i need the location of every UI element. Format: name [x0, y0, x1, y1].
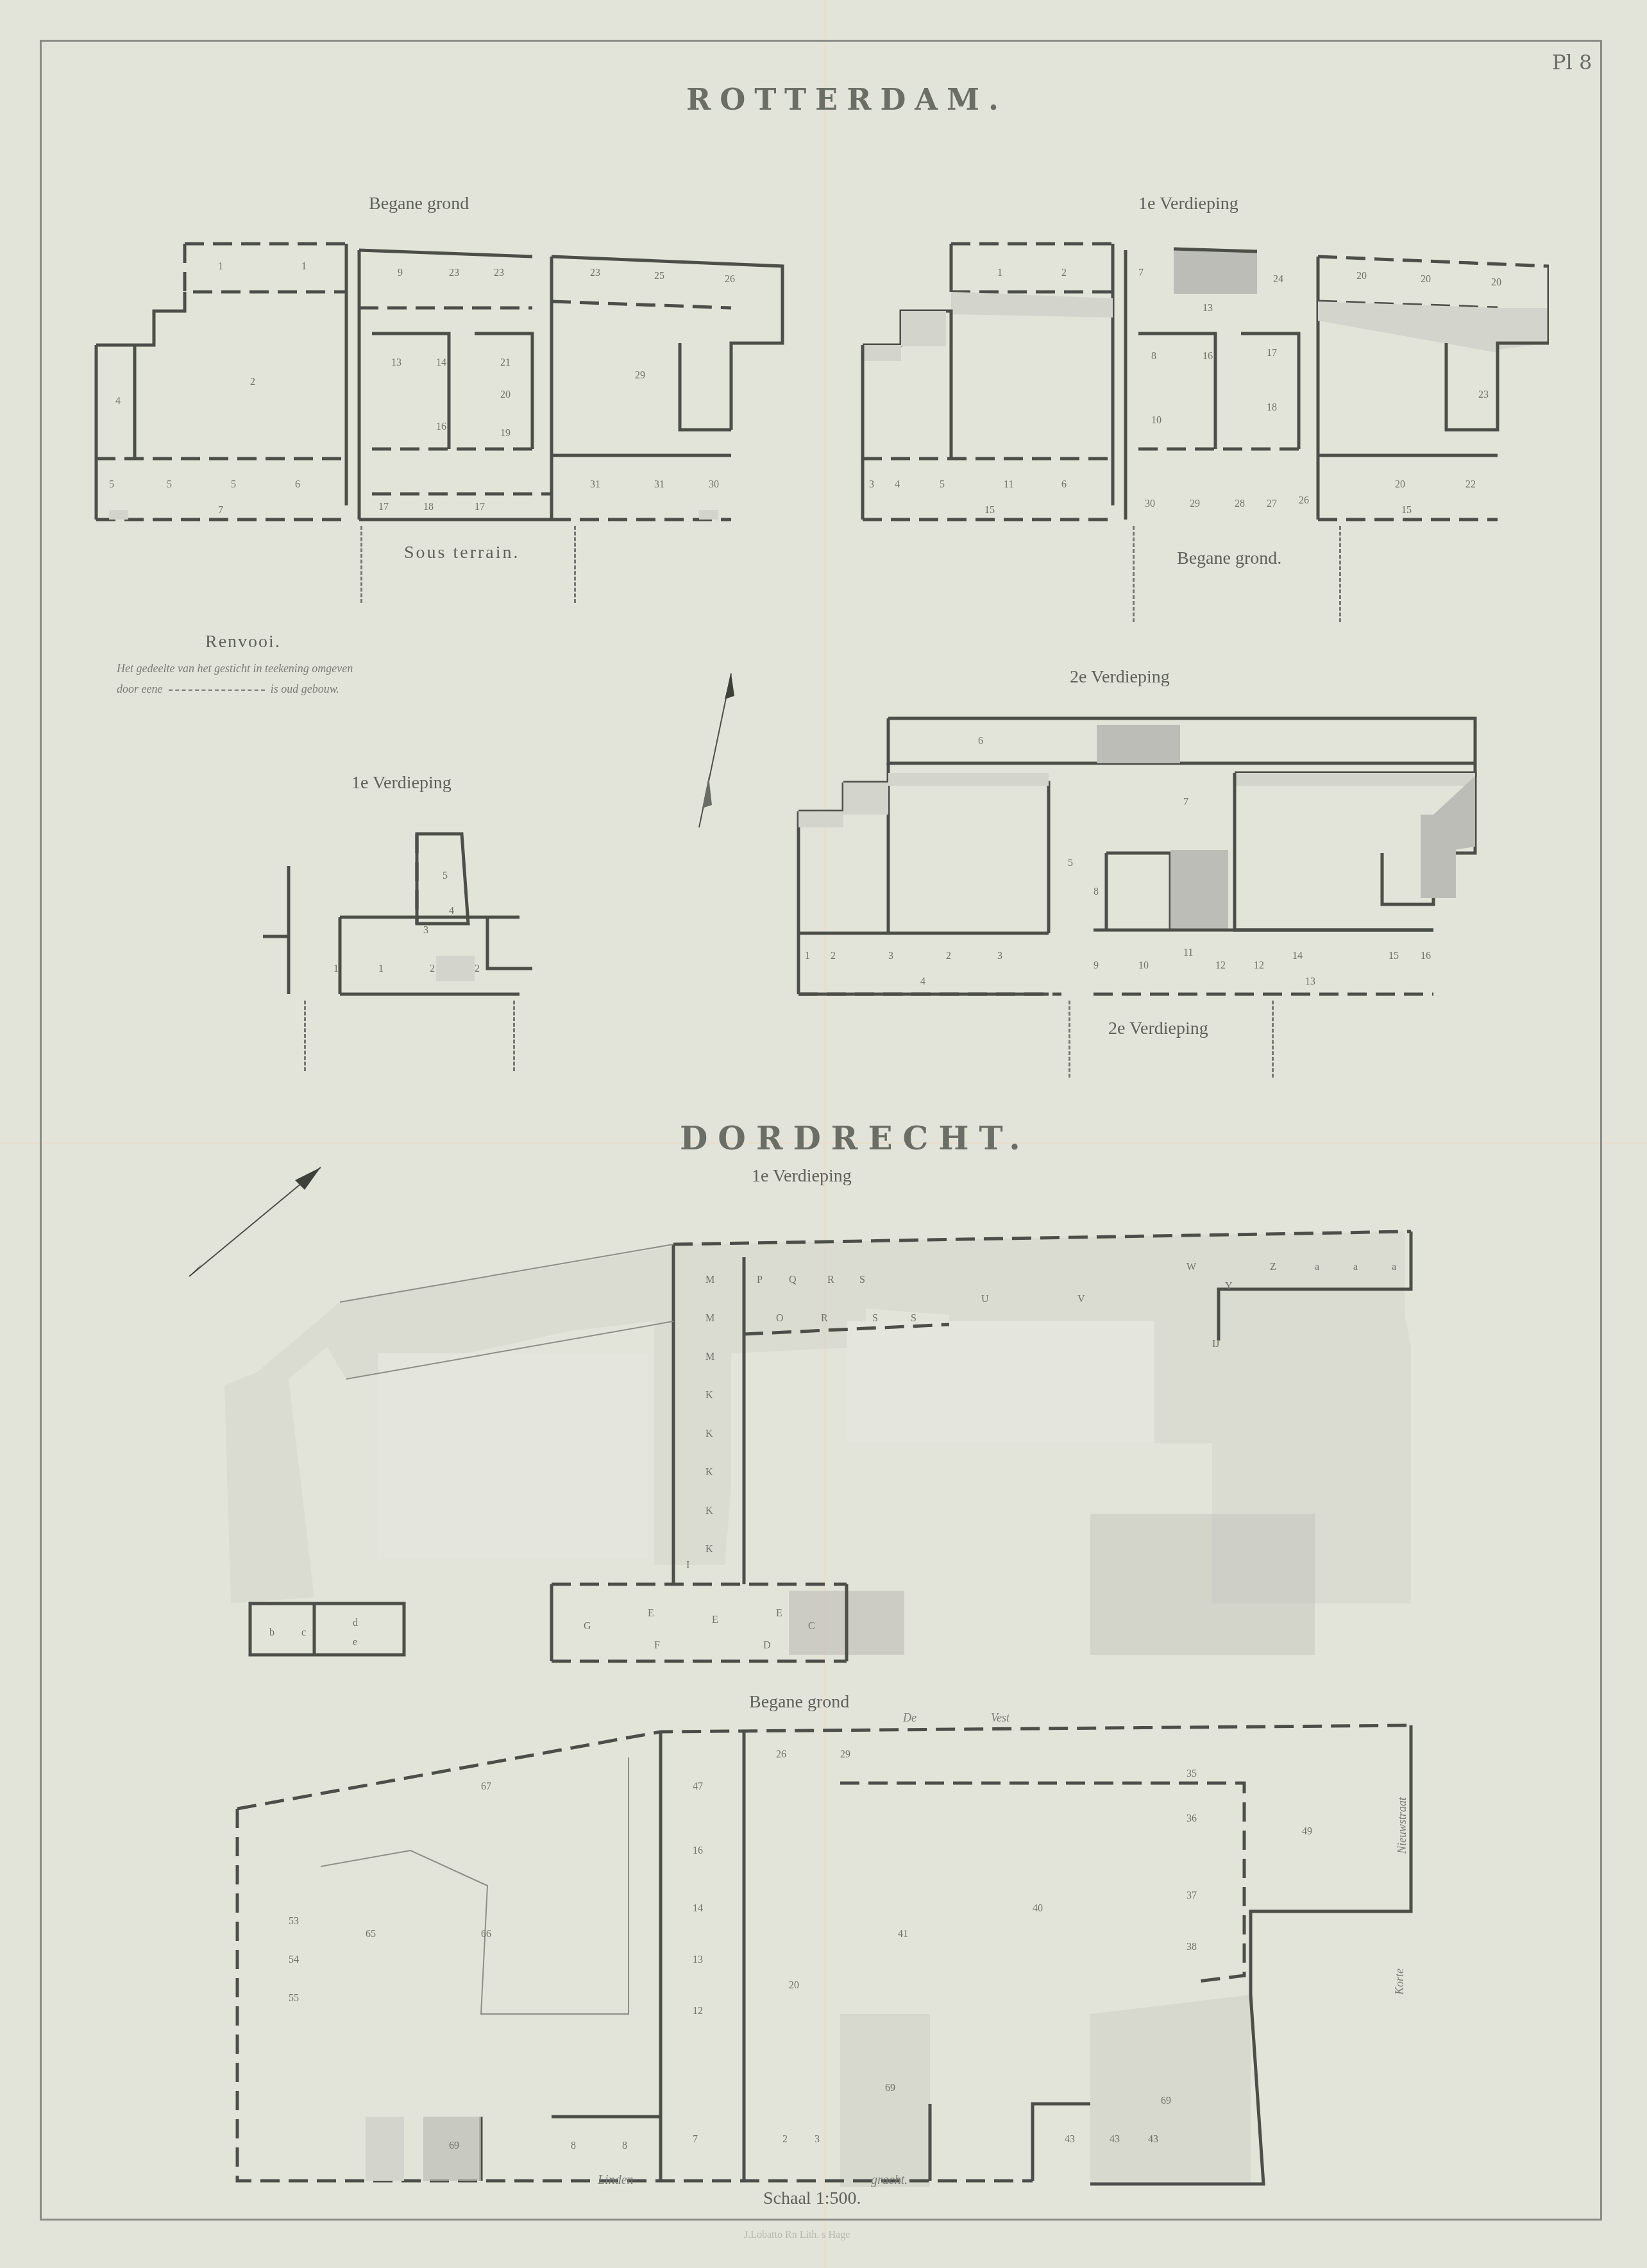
svg-text:6: 6 [978, 736, 983, 747]
svg-text:K: K [705, 1544, 713, 1555]
svg-text:40: 40 [1033, 1903, 1043, 1914]
svg-text:16: 16 [1203, 351, 1213, 362]
svg-text:a: a [1392, 1262, 1396, 1273]
street-label-gracht: gracht. [871, 2173, 908, 2188]
svg-text:2: 2 [430, 963, 435, 974]
legend-line-2-prefix: door eene [117, 682, 162, 695]
svg-text:5: 5 [109, 479, 114, 490]
svg-text:14: 14 [1292, 951, 1303, 961]
svg-text:b: b [269, 1627, 274, 1638]
svg-text:14: 14 [693, 1903, 703, 1914]
svg-text:S: S [859, 1274, 865, 1285]
dordrecht-ground-label: Begane grond [749, 1692, 849, 1713]
svg-text:41: 41 [898, 1929, 908, 1940]
rotterdam-second-floor-plan: 12323 4567 891011 121213 141516 [792, 712, 1478, 1001]
svg-text:10: 10 [1138, 960, 1149, 971]
legend-line-1: Het gedeelte van het gesticht in teekeni… [117, 662, 353, 675]
street-label-linden: Linden [598, 2173, 634, 2188]
svg-text:20: 20 [1421, 274, 1431, 285]
svg-text:Y: Y [1225, 1281, 1233, 1292]
svg-text:30: 30 [1145, 498, 1155, 509]
svg-text:12: 12 [1254, 960, 1264, 971]
rotterdam-begane-grond-below-label: Begane grond. [1177, 548, 1281, 569]
svg-text:54: 54 [289, 1954, 299, 1965]
svg-text:69: 69 [1161, 2095, 1171, 2106]
svg-text:1: 1 [301, 261, 307, 272]
north-arrow-icon [689, 667, 741, 834]
scale-label: Schaal 1:500. [763, 2188, 861, 2209]
svg-text:R: R [827, 1274, 834, 1285]
svg-text:IJ: IJ [1212, 1339, 1220, 1350]
svg-text:29: 29 [840, 1749, 850, 1760]
svg-text:Q: Q [789, 1274, 797, 1285]
svg-text:26: 26 [776, 1749, 786, 1760]
legend-dash-symbol [169, 690, 265, 691]
svg-text:26: 26 [725, 274, 735, 285]
svg-text:69: 69 [449, 2140, 459, 2151]
svg-text:24: 24 [1273, 274, 1283, 285]
svg-text:Z: Z [1270, 1262, 1276, 1273]
svg-text:D: D [763, 1640, 771, 1651]
svg-text:S: S [911, 1313, 916, 1324]
svg-text:4: 4 [449, 906, 454, 917]
svg-text:16: 16 [436, 421, 446, 432]
svg-text:7: 7 [693, 2134, 698, 2145]
svg-text:29: 29 [635, 370, 645, 381]
svg-text:I: I [686, 1560, 689, 1571]
svg-text:27: 27 [1267, 498, 1277, 509]
svg-text:11: 11 [1004, 479, 1013, 490]
svg-text:31: 31 [590, 479, 600, 490]
svg-text:43: 43 [1110, 2134, 1120, 2145]
svg-text:G: G [584, 1621, 591, 1632]
svg-text:17: 17 [1267, 348, 1277, 359]
svg-text:17: 17 [475, 502, 485, 512]
rotterdam-annex-first-label: 1e Verdieping [351, 773, 452, 793]
svg-text:66: 66 [481, 1929, 491, 1940]
section-line [360, 526, 362, 603]
svg-text:30: 30 [709, 479, 719, 490]
svg-text:M: M [705, 1351, 714, 1362]
svg-text:15: 15 [1401, 505, 1412, 516]
legend-line-2-suffix: is oud gebouw. [271, 682, 339, 695]
svg-text:2: 2 [946, 951, 951, 961]
svg-text:K: K [705, 1428, 713, 1439]
svg-text:a: a [1353, 1262, 1358, 1273]
svg-text:1: 1 [805, 951, 810, 961]
svg-text:13: 13 [391, 357, 401, 368]
street-label-korte: Korte [1393, 1968, 1406, 1995]
svg-text:20: 20 [1356, 271, 1367, 282]
section-line [1272, 1001, 1274, 1078]
svg-text:3: 3 [888, 951, 893, 961]
svg-text:5: 5 [167, 479, 172, 490]
svg-text:7: 7 [1183, 797, 1188, 808]
svg-text:23: 23 [1478, 389, 1489, 400]
rotterdam-second-label: 2e Verdieping [1070, 667, 1170, 688]
street-label-nieuwstraat: Nieuwstraat [1396, 1797, 1409, 1854]
svg-text:1: 1 [218, 261, 223, 272]
svg-text:d: d [353, 1618, 358, 1629]
section-line [304, 1001, 306, 1071]
svg-text:10: 10 [1151, 415, 1161, 426]
svg-text:2: 2 [831, 951, 836, 961]
svg-text:43: 43 [1065, 2134, 1075, 2145]
svg-text:25: 25 [654, 271, 664, 282]
svg-text:8: 8 [571, 2140, 576, 2151]
svg-text:17: 17 [378, 502, 389, 512]
svg-text:20: 20 [1395, 479, 1405, 490]
svg-text:36: 36 [1187, 1813, 1197, 1824]
svg-text:2: 2 [1061, 267, 1067, 278]
svg-text:23: 23 [449, 267, 459, 278]
svg-text:7: 7 [218, 505, 223, 516]
svg-text:22: 22 [1465, 479, 1476, 490]
lithographer-imprint: J.Lobatto Rn Lith. s Hage [744, 2230, 850, 2241]
svg-text:14: 14 [436, 357, 446, 368]
svg-text:28: 28 [1235, 498, 1245, 509]
section-line [1068, 1001, 1070, 1078]
section-line [574, 526, 576, 603]
svg-text:12: 12 [1215, 960, 1226, 971]
svg-text:55: 55 [289, 1993, 299, 2004]
svg-text:R: R [821, 1313, 828, 1324]
svg-text:23: 23 [494, 267, 504, 278]
svg-text:W: W [1187, 1262, 1197, 1273]
svg-text:8: 8 [1094, 886, 1099, 897]
svg-text:20: 20 [1491, 277, 1501, 288]
svg-text:e: e [353, 1637, 357, 1648]
svg-text:1: 1 [334, 963, 339, 974]
svg-text:1: 1 [997, 267, 1002, 278]
svg-text:12: 12 [693, 2006, 703, 2017]
svg-text:6: 6 [295, 479, 300, 490]
plate-number: Pl 8 [1552, 50, 1592, 74]
svg-text:2: 2 [475, 963, 480, 974]
svg-text:2: 2 [782, 2134, 788, 2145]
legend-title: Renvooi. [205, 632, 281, 652]
svg-text:K: K [705, 1467, 713, 1478]
svg-text:9: 9 [1094, 960, 1099, 971]
svg-text:53: 53 [289, 1916, 299, 1927]
rotterdam-first-label: 1e Verdieping [1138, 194, 1238, 214]
svg-text:11: 11 [1183, 947, 1193, 958]
svg-text:21: 21 [500, 357, 511, 368]
svg-text:1: 1 [378, 963, 384, 974]
svg-text:U: U [981, 1294, 989, 1305]
svg-text:37: 37 [1187, 1890, 1197, 1901]
dordrecht-title: DORDRECHT. [680, 1119, 1031, 1157]
section-line [1339, 526, 1341, 622]
rotterdam-title: ROTTERDAM. [686, 82, 1008, 117]
section-line [513, 1001, 515, 1071]
svg-text:M: M [705, 1313, 714, 1324]
svg-text:29: 29 [1190, 498, 1200, 509]
svg-text:6: 6 [1061, 479, 1067, 490]
dordrecht-first-floor-plan: MMMK KKKK PQRS ORSS UVWY Zaaa IJ IGEE EC… [212, 1219, 1417, 1668]
svg-text:43: 43 [1148, 2134, 1158, 2145]
svg-text:9: 9 [398, 267, 403, 278]
svg-text:a: a [1315, 1262, 1319, 1273]
svg-text:13: 13 [1203, 303, 1213, 314]
rotterdam-ground-label: Begane grond [369, 194, 469, 214]
svg-text:19: 19 [500, 428, 511, 439]
svg-text:3: 3 [869, 479, 874, 490]
svg-text:31: 31 [654, 479, 664, 490]
svg-text:49: 49 [1302, 1826, 1312, 1837]
svg-text:38: 38 [1187, 1942, 1197, 1952]
dordrecht-ground-floor-plan: 676566 471614 13127 202629 414035 363738… [212, 1719, 1417, 2194]
svg-text:V: V [1077, 1294, 1085, 1305]
svg-text:20: 20 [500, 389, 511, 400]
svg-text:65: 65 [366, 1929, 376, 1940]
rotterdam-ground-floor-plan: 11 24 5556 7 92323 131421 162019 171817 … [90, 237, 789, 526]
dordrecht-first-label: 1e Verdieping [752, 1166, 852, 1187]
svg-text:c: c [301, 1627, 306, 1638]
svg-text:23: 23 [590, 267, 600, 278]
svg-text:M: M [705, 1274, 714, 1285]
svg-text:S: S [872, 1313, 878, 1324]
svg-text:35: 35 [1187, 1768, 1197, 1779]
svg-text:13: 13 [1305, 976, 1315, 987]
svg-text:15: 15 [984, 505, 995, 516]
svg-text:13: 13 [693, 1954, 703, 1965]
svg-text:P: P [757, 1274, 763, 1285]
svg-text:4: 4 [895, 479, 900, 490]
svg-text:16: 16 [693, 1845, 703, 1856]
svg-text:69: 69 [885, 2083, 895, 2094]
svg-text:K: K [705, 1390, 713, 1401]
svg-text:5: 5 [443, 870, 448, 881]
svg-text:3: 3 [423, 925, 428, 936]
svg-text:C: C [808, 1621, 815, 1632]
svg-text:16: 16 [1421, 951, 1431, 961]
svg-text:7: 7 [1138, 267, 1144, 278]
svg-text:4: 4 [115, 396, 121, 407]
svg-text:8: 8 [1151, 351, 1156, 362]
rotterdam-second-below-label: 2e Verdieping [1108, 1019, 1208, 1039]
svg-text:5: 5 [231, 479, 236, 490]
svg-text:E: E [712, 1614, 718, 1625]
rotterdam-annex-floor-plan: 11 22 543 [257, 821, 539, 1001]
svg-text:18: 18 [1267, 402, 1277, 413]
svg-text:F: F [654, 1640, 660, 1651]
svg-text:3: 3 [815, 2134, 820, 2145]
svg-text:3: 3 [997, 951, 1002, 961]
section-line [1133, 526, 1135, 622]
rotterdam-first-floor-plan: 12 724 138 1617 1018 202020 23 345116 15… [856, 237, 1549, 526]
legend-line-2: door eene is oud gebouw. [117, 682, 339, 696]
svg-text:18: 18 [423, 502, 434, 512]
svg-text:E: E [648, 1608, 654, 1619]
svg-text:15: 15 [1389, 951, 1399, 961]
svg-text:47: 47 [693, 1781, 703, 1792]
svg-text:67: 67 [481, 1781, 491, 1792]
svg-text:8: 8 [622, 2140, 627, 2151]
svg-text:4: 4 [920, 976, 925, 987]
svg-text:O: O [776, 1313, 784, 1324]
svg-text:E: E [776, 1608, 782, 1619]
svg-text:26: 26 [1299, 495, 1309, 506]
svg-text:2: 2 [250, 377, 255, 387]
svg-text:K: K [705, 1505, 713, 1516]
svg-text:20: 20 [789, 1980, 799, 1991]
svg-text:5: 5 [940, 479, 945, 490]
svg-text:5: 5 [1068, 858, 1073, 868]
rotterdam-sous-terrain-label: Sous terrain. [404, 543, 520, 563]
